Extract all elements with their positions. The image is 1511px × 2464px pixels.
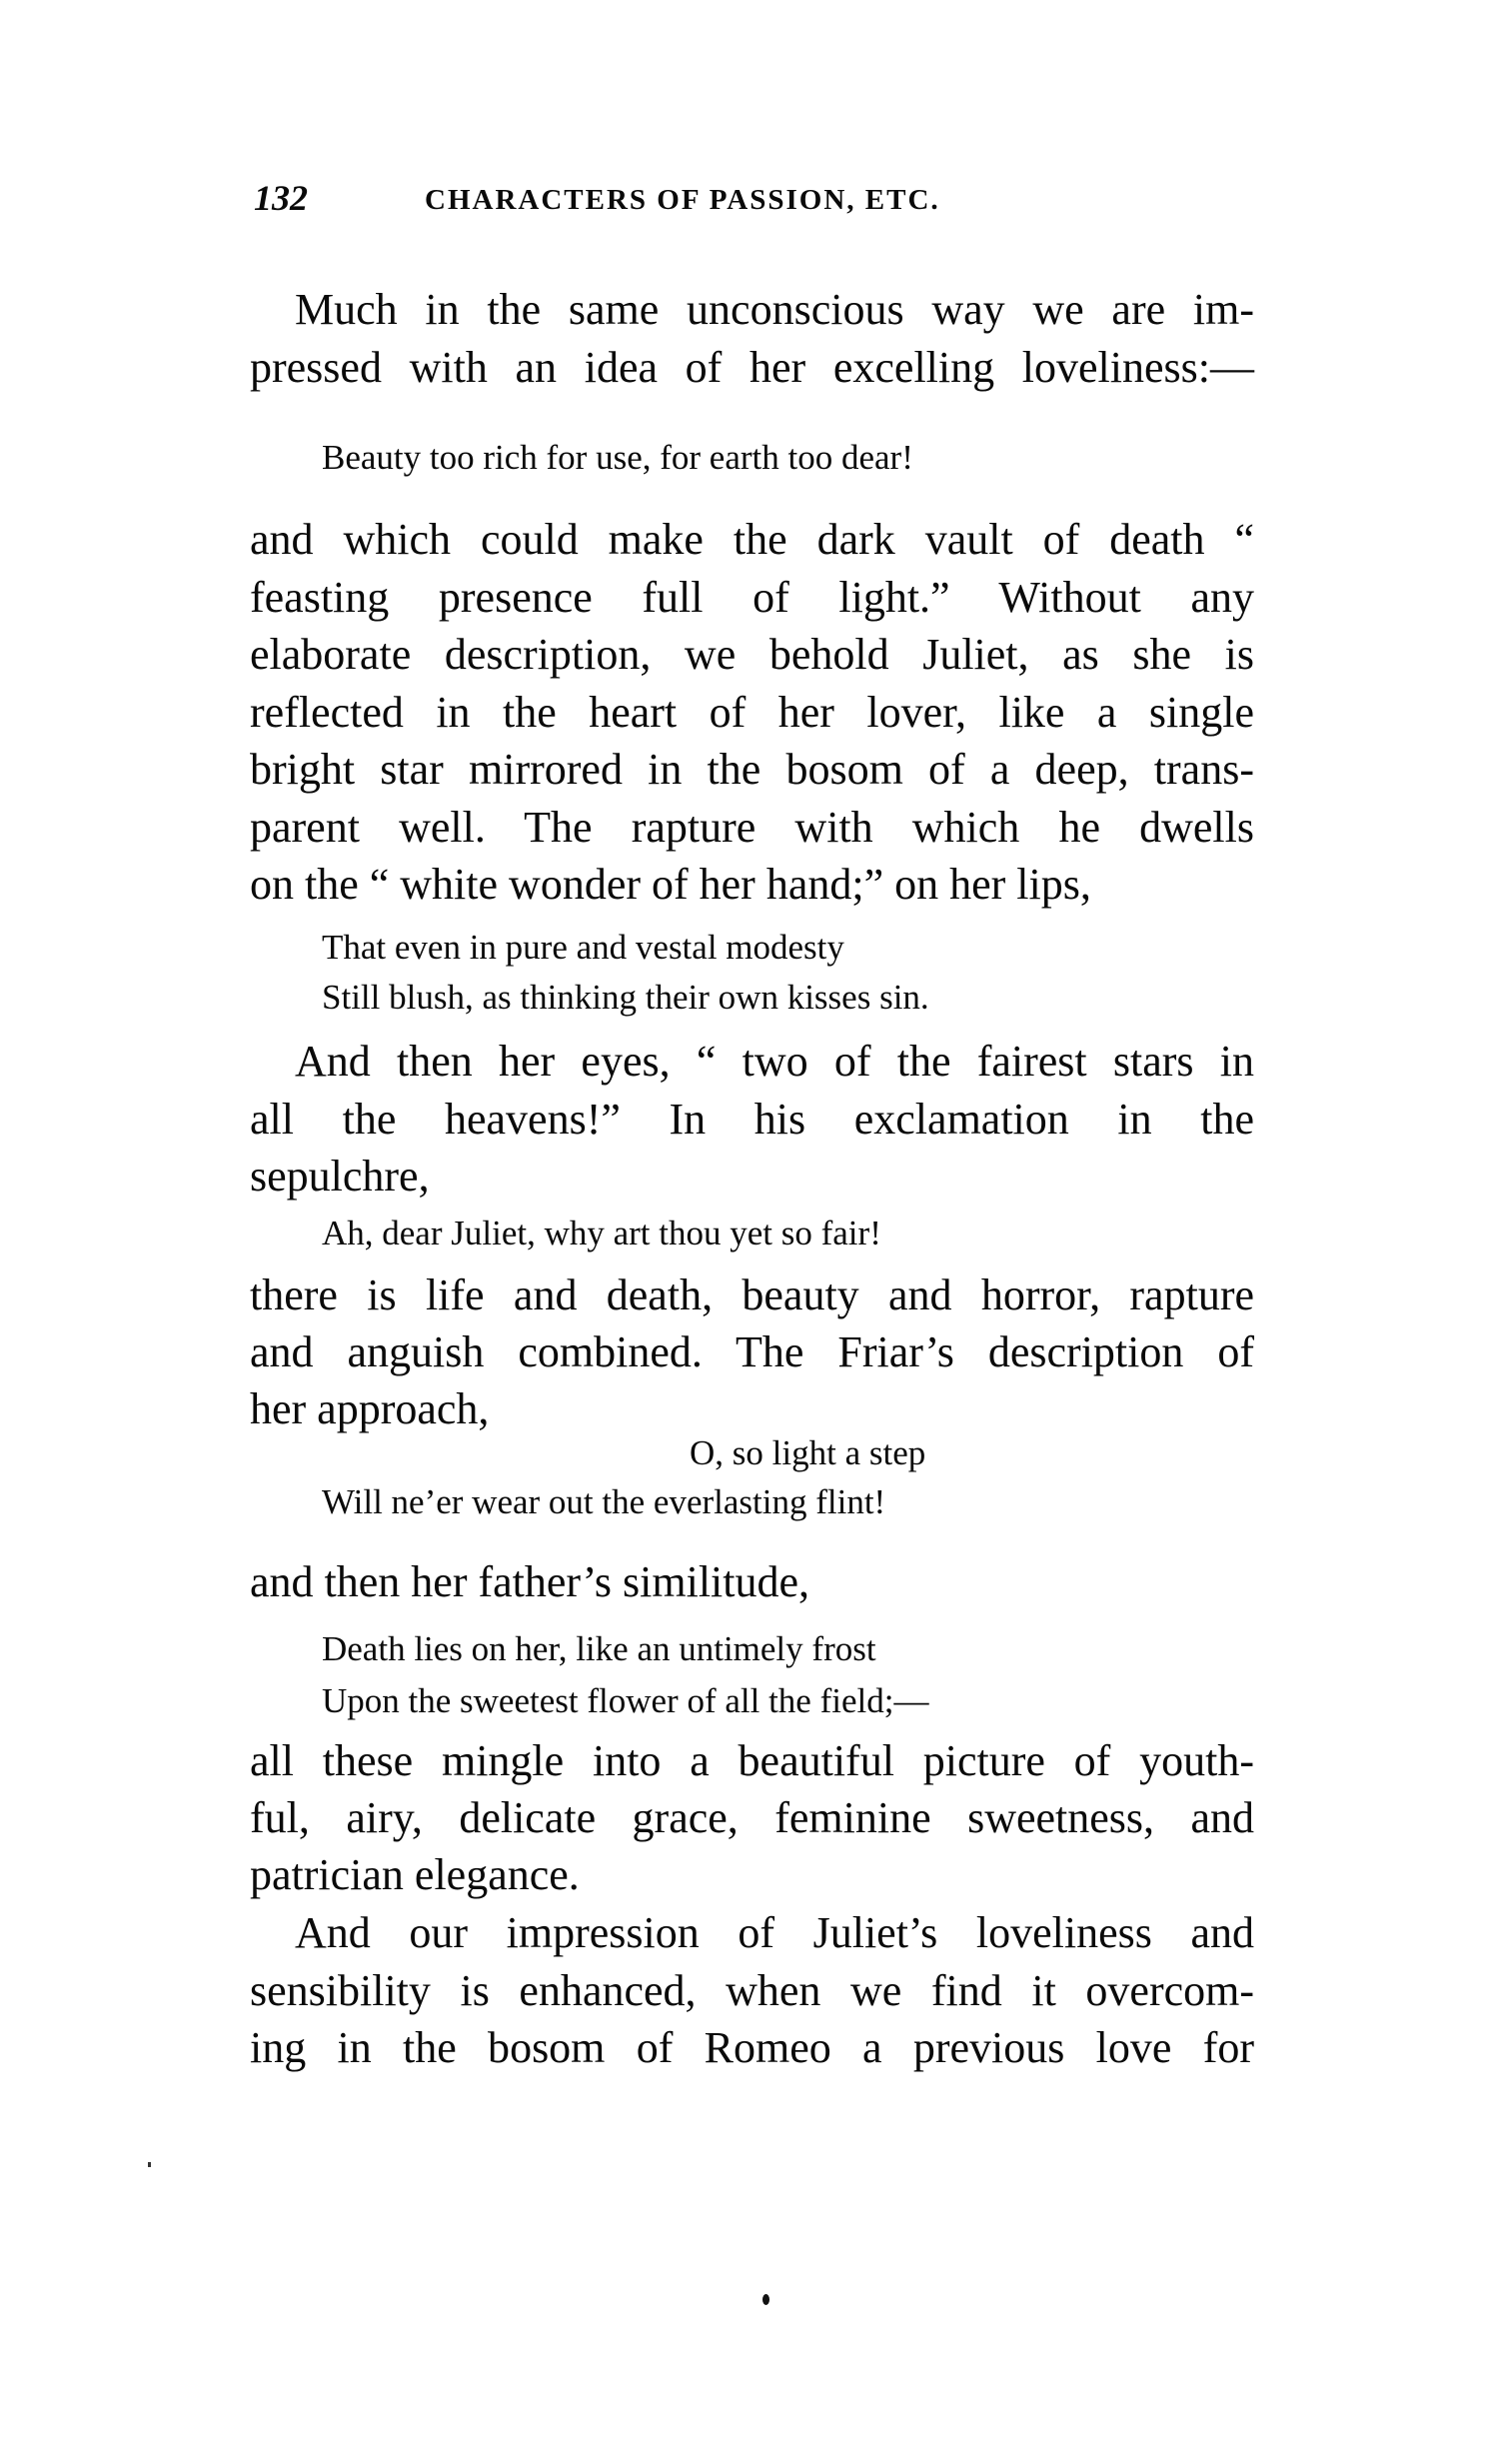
prose-line: ful, airy, delicate grace, feminine swee… [250, 1796, 1254, 1840]
prose-line: And our impression of Juliet’s lovelines… [295, 1911, 1254, 1955]
prose-line: ing in the bosom of Romeo a previous lov… [250, 2026, 1254, 2070]
verse-line: Beauty too rich for use, for earth too d… [322, 440, 913, 475]
prose-line: all these mingle into a beautiful pictur… [250, 1739, 1254, 1783]
prose-line: reflected in the heart of her lover, lik… [250, 691, 1254, 735]
book-page: 132 CHARACTERS OF PASSION, ETC. Much in … [0, 0, 1511, 2464]
verse-line: O, so light a step [690, 1435, 925, 1470]
verse-line: Upon the sweetest flower of all the fiel… [322, 1683, 928, 1718]
prose-line: bright star mirrored in the bosom of a d… [250, 748, 1254, 792]
running-title: CHARACTERS OF PASSION, ETC. [425, 186, 940, 215]
printer-mark [762, 2294, 769, 2305]
prose-line: And then her eyes, “ two of the fairest … [295, 1040, 1254, 1084]
prose-line: elaborate description, we behold Juliet,… [250, 633, 1254, 677]
prose-line: all the heavens!” In his exclamation in … [250, 1098, 1254, 1142]
prose-line: sensibility is enhanced, when we find it… [250, 1969, 1254, 2013]
prose-line: on the “ white wonder of her hand;” on h… [250, 863, 1254, 907]
verse-line: Death lies on her, like an untimely fros… [322, 1631, 876, 1666]
prose-line: her approach, [250, 1387, 1254, 1431]
prose-line: and which could make the dark vault of d… [250, 518, 1254, 562]
verse-line: That even in pure and vestal modesty [322, 930, 844, 965]
prose-line: there is life and death, beauty and horr… [250, 1273, 1254, 1317]
prose-line: parent well. The rapture with which he d… [250, 806, 1254, 850]
verse-line: Ah, dear Juliet, why art thou yet so fai… [322, 1216, 881, 1250]
prose-line: Much in the same unconscious way we are … [295, 288, 1254, 332]
verse-line: Still blush, as thinking their own kisse… [322, 980, 929, 1015]
prose-line: sepulchre, [250, 1155, 1254, 1199]
print-speck [148, 2162, 151, 2167]
prose-line: feasting presence full of light.” Withou… [250, 576, 1254, 620]
verse-line: Will ne’er wear out the everlasting flin… [322, 1484, 885, 1519]
prose-line: patrician elegance. [250, 1853, 1254, 1897]
prose-line: and anguish combined. The Friar’s descri… [250, 1330, 1254, 1374]
prose-line: pressed with an idea of her excelling lo… [250, 346, 1254, 390]
page-number: 132 [254, 180, 308, 216]
prose-line: and then her father’s similitude, [250, 1560, 1254, 1604]
